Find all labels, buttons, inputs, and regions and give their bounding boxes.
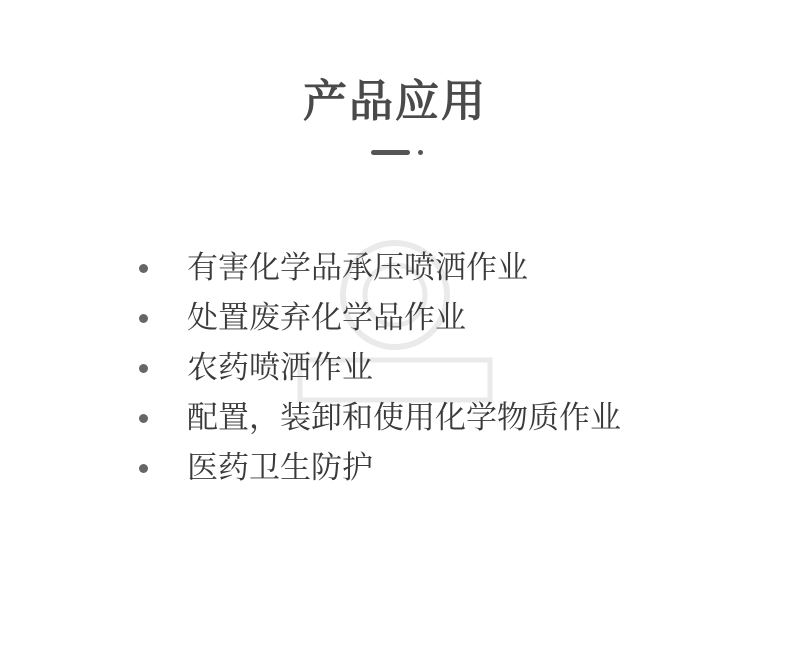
page-title: 产品应用	[0, 72, 790, 132]
title-divider-bar	[371, 150, 410, 155]
bullet-icon	[139, 264, 148, 273]
list-item-label: 处置废弃化学品作业	[187, 296, 466, 340]
bullet-icon	[139, 414, 148, 423]
title-divider-dot	[418, 150, 423, 155]
list-item-label: 农药喷洒作业	[187, 346, 373, 390]
list-item-label: 配置，装卸和使用化学物质作业	[187, 396, 621, 440]
list-item-label: 医药卫生防护	[187, 446, 373, 490]
list-item-label: 有害化学品承压喷洒作业	[187, 246, 528, 290]
bullet-icon	[139, 314, 148, 323]
bullet-icon	[139, 364, 148, 373]
bullet-icon	[139, 464, 148, 473]
